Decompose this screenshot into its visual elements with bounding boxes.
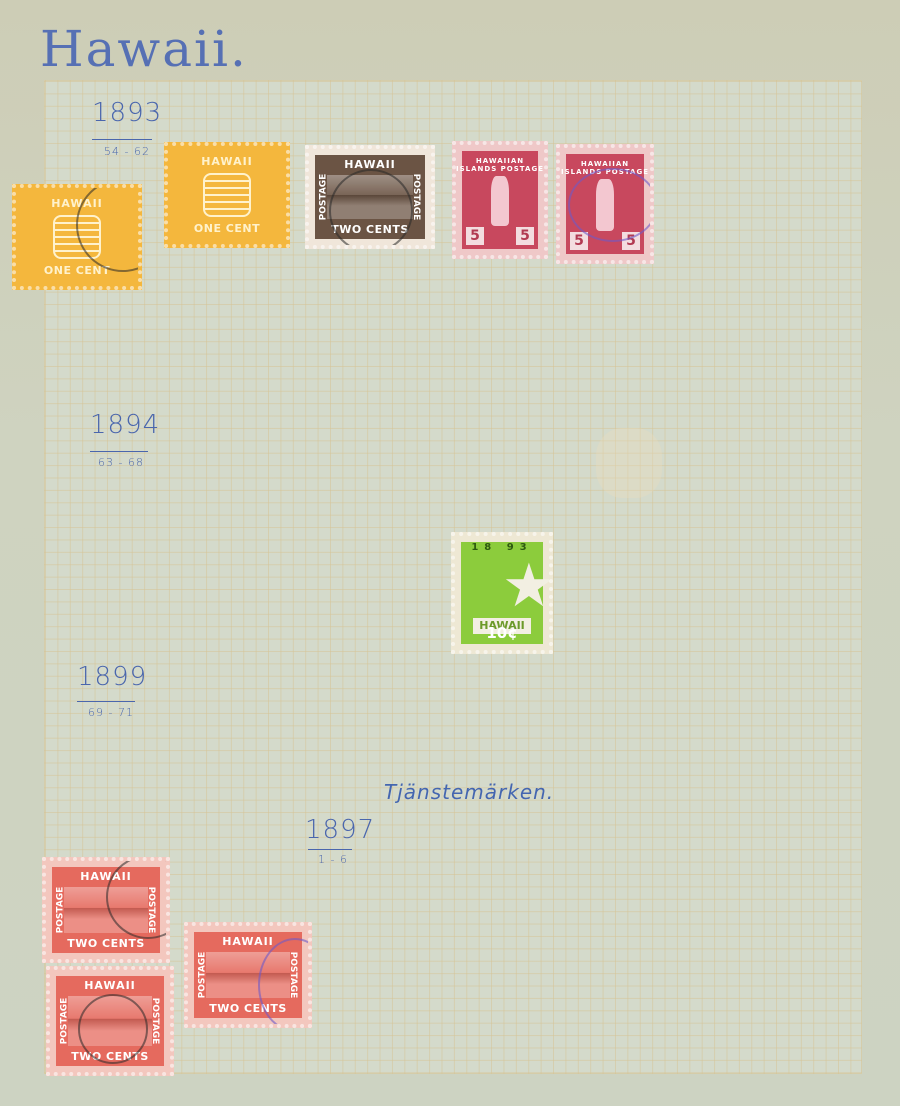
stamp-two-cents-red[interactable]: HAWAII POSTAGE POSTAGE TWO CENTS [46,966,174,1076]
section-year-1899: 1899 [77,662,147,692]
stamp-five-carmine[interactable]: HAWAIIAN ISLANDS POSTAGE 5 5 [556,144,654,264]
stamp-five-carmine[interactable]: HAWAIIAN ISLANDS POSTAGE 5 5 [452,141,548,259]
section-year-1893: 1893 [92,98,162,128]
coat-of-arms [203,173,250,216]
stamp-two-cents-red[interactable]: HAWAII POSTAGE POSTAGE TWO CENTS [184,922,312,1028]
stamp-one-cent-yellow[interactable]: HAWAII ONE CENT [164,142,290,248]
postmark-cancel [78,994,148,1064]
postmark-cancel [329,169,413,249]
year-underline [77,701,135,702]
postmark-cancel [568,168,654,242]
year-underline [92,139,152,140]
catalog-range-1899: 69 - 71 [88,706,134,719]
stamp-side-text: POSTAGE [319,174,329,221]
stamp-side-text: POSTAGE [56,887,66,934]
year-underline [308,849,352,850]
stamp-year-text: 18 93 [455,542,549,553]
stamp-value-text: ONE CENT [168,222,286,235]
stamp-value-left: 5 [466,227,484,245]
stamp-value-text: 10¢ [455,624,549,642]
stamp-top-text: HAWAII [168,155,286,168]
stamp-side-text: POSTAGE [150,998,160,1045]
stamp-two-cents-red[interactable]: HAWAII POSTAGE POSTAGE TWO CENTS [42,857,170,963]
hinge-remnant [596,428,662,498]
stamp-value-right: 5 [516,227,534,245]
stamp-side-text: POSTAGE [60,998,70,1045]
stamp-one-cent-yellow[interactable]: HAWAII ONE CENT [12,184,142,290]
section-year-1897: 1897 [305,815,375,845]
statue-figure [491,176,509,227]
catalog-range-1893: 54 - 62 [104,145,150,158]
official-stamps-note: Tjänstemärken. [384,780,554,804]
page-title: Hawaii. [40,20,248,78]
section-year-1894: 1894 [90,410,160,440]
stamp-side-text: POSTAGE [198,952,208,999]
stamp-ten-cents-green[interactable]: 18 93 ★ HAWAII 10¢ [451,532,553,654]
stamp-two-cents-brown[interactable]: HAWAII POSTAGE POSTAGE TWO CENTS [305,145,435,249]
postmark-cancel [76,184,142,272]
catalog-range-1897: 1 - 6 [318,853,348,866]
catalog-range-1894: 63 - 68 [98,456,144,469]
year-underline [90,451,148,452]
stamp-top-text: HAWAII [50,979,170,992]
stamp-top-text: HAWAIIAN ISLANDS POSTAGE [456,157,544,173]
album-page: Hawaii. 1893 54 - 62 1894 63 - 68 1899 6… [0,0,900,1106]
